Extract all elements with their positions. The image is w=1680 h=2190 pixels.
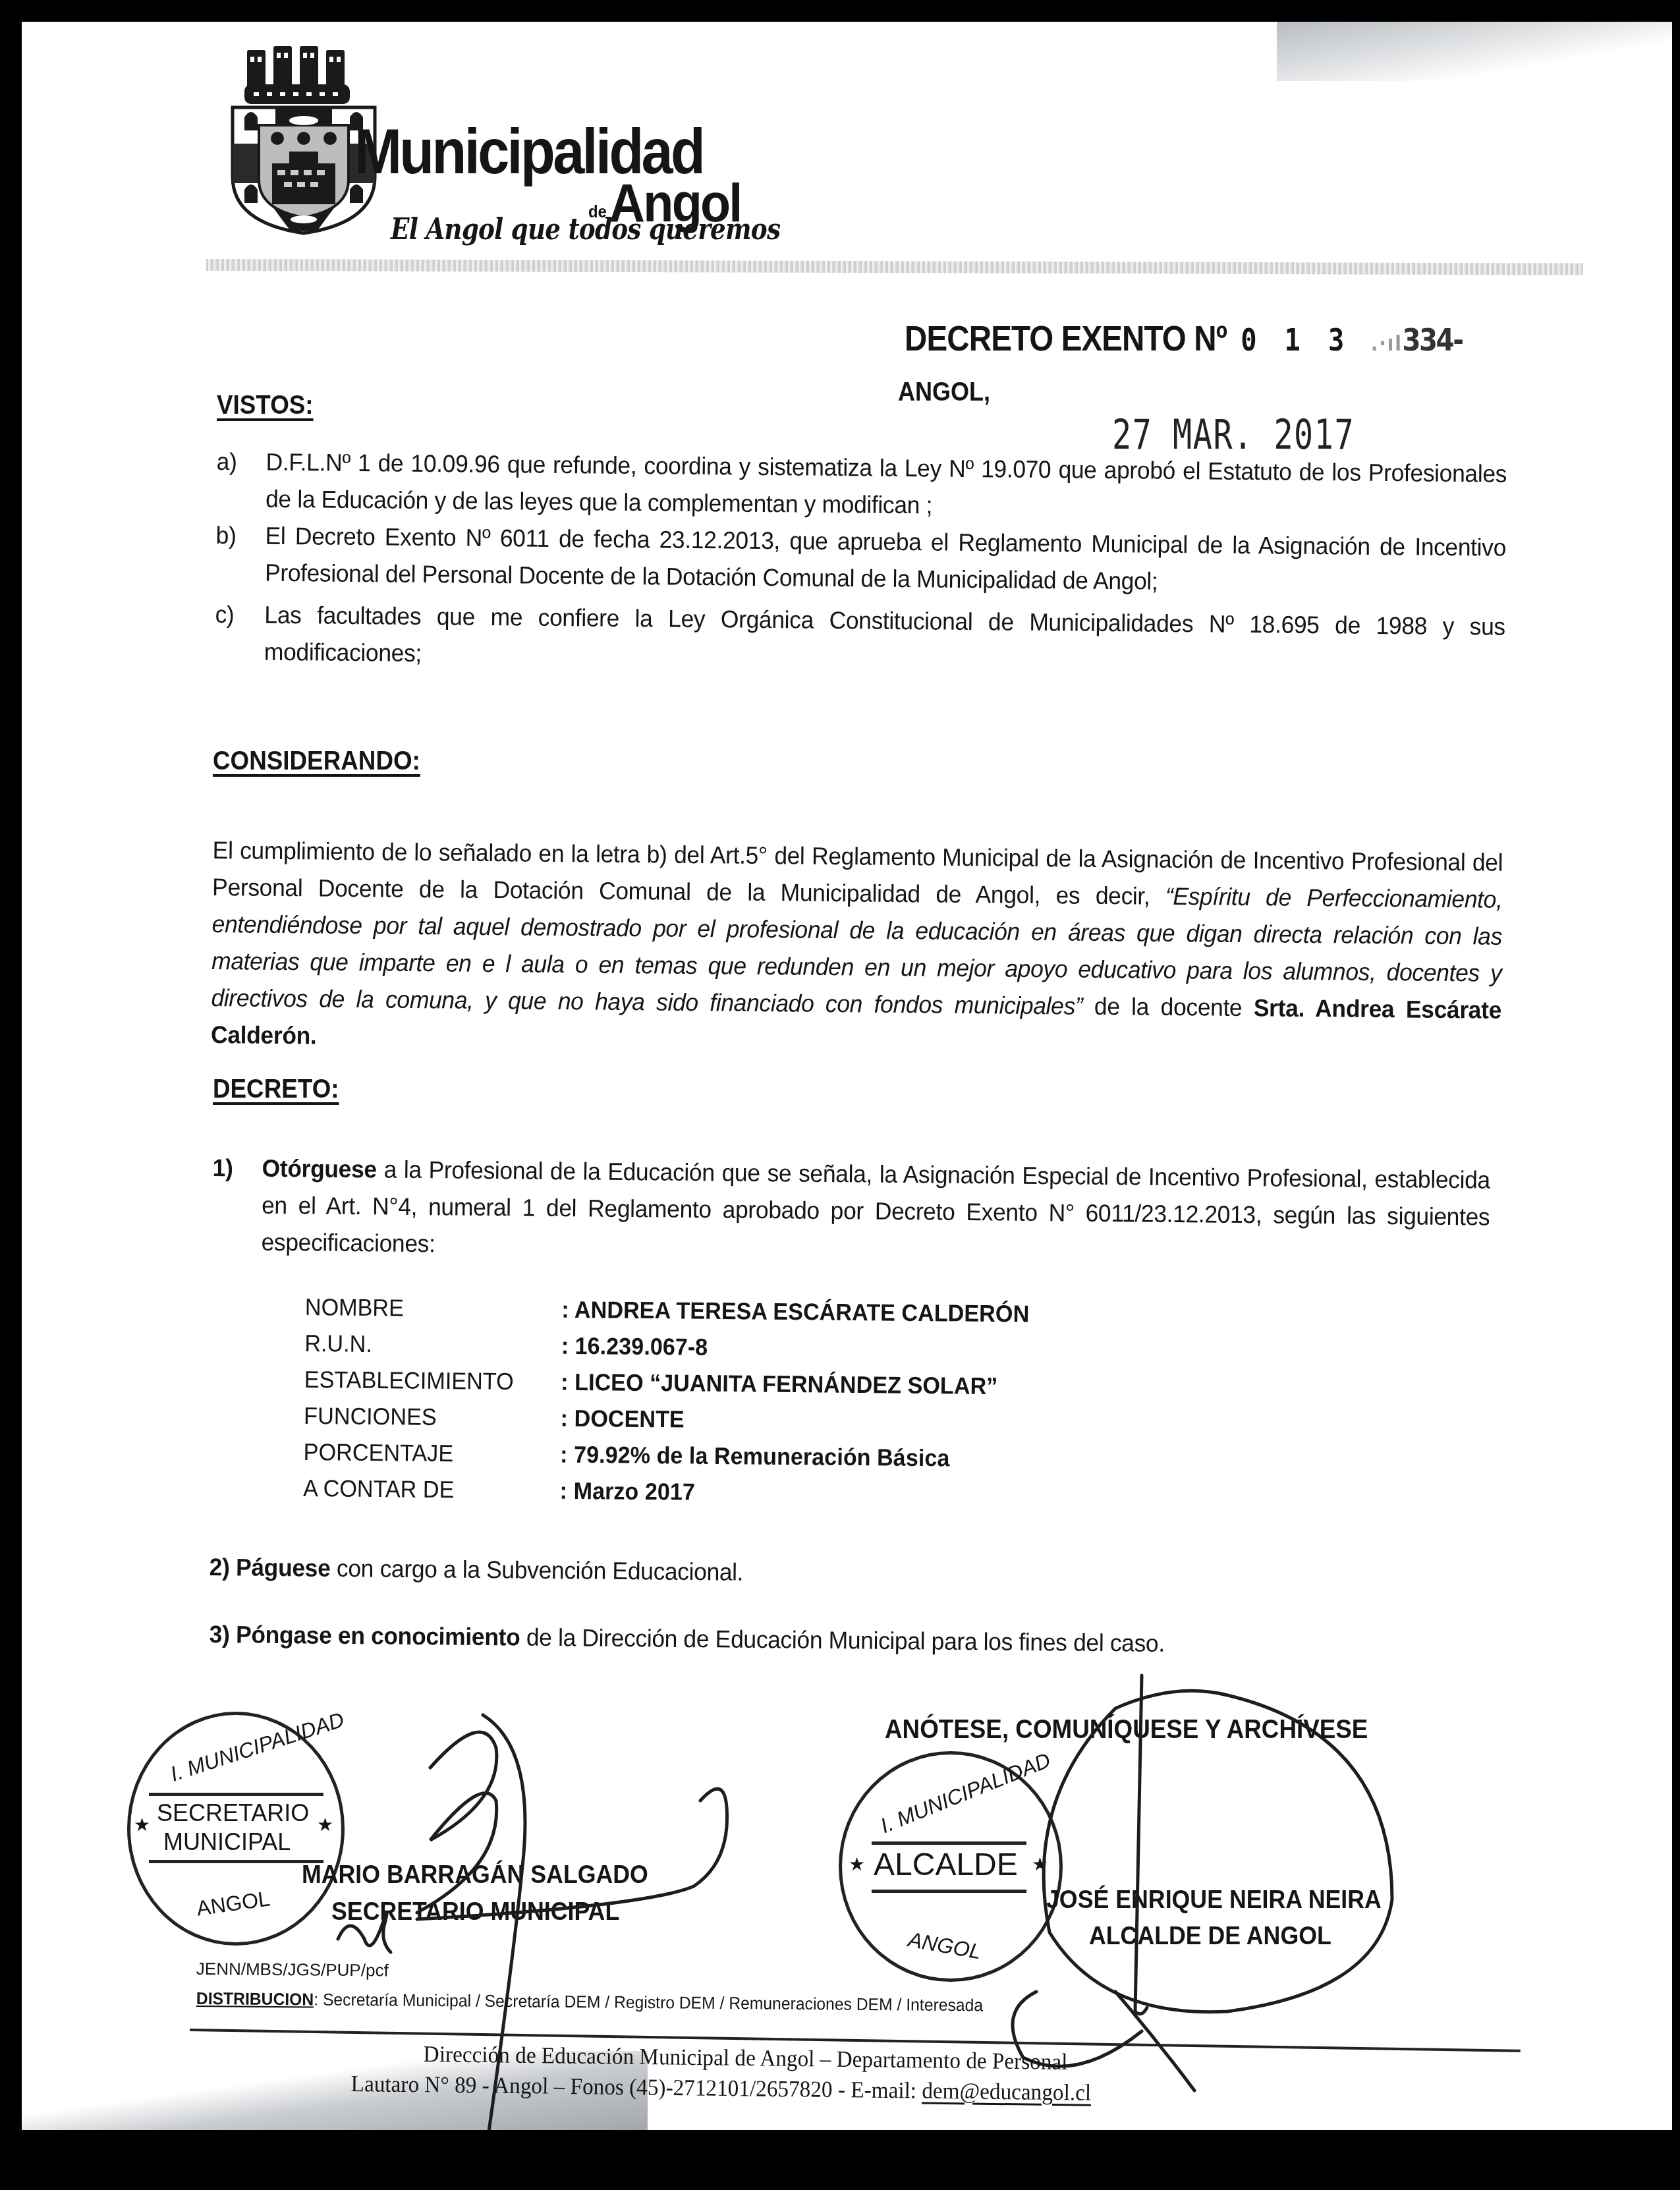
item-marker: 1) [211,1150,262,1261]
date-stamp: 27 MAR. 2017 [1112,410,1355,459]
considerando-suffix: de la docente [1082,993,1254,1021]
spec-label: R.U.N. [304,1330,561,1360]
footer-email-link[interactable]: dem@educangol.cl [922,2078,1091,2106]
spec-label: NOMBRE [305,1293,562,1324]
spec-label: A CONTAR DE [303,1474,560,1505]
decreto-item-3: 3) Póngase en conocimiento de la Direcci… [209,1616,1411,1665]
spec-label: FUNCIONES [304,1402,561,1432]
seal-bottom-text: ANGOL [907,1928,984,1965]
section-vistos-heading: VISTOS: [217,391,314,420]
slogan: El Angol que todos queremos [391,213,780,246]
seal-rule [149,1860,323,1863]
seal-center-text: ALCALDE [874,1847,1018,1883]
spec-value: : 16.239.067-8 [561,1332,708,1361]
place: ANGOL, [898,378,990,407]
distribution-label: DISTRIBUCION [196,1988,314,2009]
item-lead: Póngase en conocimiento [236,1621,520,1650]
seal-star-icon: ★ [849,1853,865,1875]
seal-star-icon: ★ [134,1814,150,1836]
closing-formula: ANÓTESE, COMUNÍQUESE Y ARCHÍVESE [885,1715,1368,1745]
header-divider [206,259,1583,275]
decree-overprint: .·ıl334- [1371,322,1462,358]
distribution-list: DISTRIBUCION: Secretaría Municipal / Sec… [196,1988,983,2015]
seal-star-icon: ★ [1032,1853,1048,1875]
item-marker: 3) [210,1621,230,1648]
item-text: El Decreto Exento Nº 6011 de fecha 23.12… [265,518,1507,604]
item-text: con cargo a la Subvención Educacional. [330,1555,743,1586]
vistos-item: a) D.F.L.Nº 1 de 10.09.96 que refunde, c… [216,443,1507,530]
spec-value: : DOCENTE [560,1405,684,1434]
item-text: a la Profesional de la Educación que se … [261,1156,1490,1257]
vistos-item: c) Las facultades que me confiere la Ley… [215,596,1505,683]
spec-value: : 79.92% de la Remuneración Básica [560,1441,950,1473]
secretary-seal: I. MUNICIPALIDAD SECRETARIO ★ ★ MUNICIPA… [127,1712,345,1946]
seal-center-text: SECRETARIO [157,1799,309,1827]
vistos-list: a) D.F.L.Nº 1 de 10.09.96 que refunde, c… [215,443,1507,683]
item-marker: b) [215,517,266,592]
section-decreto-heading: DECRETO: [213,1075,339,1104]
mayor-seal: I. MUNICIPALIDAD ★ ALCALDE ★ ANGOL [839,1751,1063,1982]
decree-stamped-number: 0 1 3 [1241,322,1350,358]
smudge-mark: .·ıl [1371,331,1403,356]
scan-shadow [1277,22,1672,81]
distribution-recipients: : Secretaría Municipal / Secretaría DEM … [314,1990,983,2015]
item-marker: c) [215,596,265,671]
seal-bottom-text: ANGOL [195,1886,271,1921]
seal-center-text: MUNICIPAL [163,1828,291,1856]
specification-table: NOMBRE: ANDREA TERESA ESCÁRATE CALDERÓN … [303,1293,1030,1518]
considerando-paragraph: El cumplimiento de lo señalado en la let… [211,832,1503,1066]
item-lead: Otórguese [262,1155,377,1183]
seal-rule [149,1793,323,1796]
spec-value: : ANDREA TERESA ESCÁRATE CALDERÓN [561,1296,1029,1328]
seal-top-text: I. MUNICIPALIDAD [877,1748,1054,1838]
decreto-item-2: 2) Páguese con cargo a la Subvención Edu… [209,1549,1411,1598]
item-text: de la Dirección de Educación Municipal p… [520,1624,1165,1657]
item-text: Las facultades que me confiere la Ley Or… [264,597,1506,683]
section-considerando-heading: CONSIDERANDO: [213,746,420,776]
item-lead: Páguese [236,1554,331,1581]
overprinted-number: 334- [1403,322,1463,358]
item-marker: 2) [210,1554,230,1581]
vistos-item: b) El Decreto Exento Nº 6011 de fecha 23… [215,517,1506,604]
item-text: D.F.L.Nº 1 de 10.09.96 que refunde, coor… [266,444,1507,530]
decreto-item: 1) Otórguese a la Profesional de la Educ… [211,1150,1490,1273]
seal-rule [872,1890,1026,1893]
spec-value: : LICEO “JUANITA FERNÁNDEZ SOLAR” [561,1368,997,1400]
seal-top-text: I. MUNICIPALIDAD [167,1707,347,1786]
decreto-item-1: 1) Otórguese a la Profesional de la Educ… [211,1150,1490,1273]
mayor-title: ALCALDE DE ANGOL [1089,1923,1331,1951]
spec-label: PORCENTAJE [303,1438,560,1469]
initials: JENN/MBS/JGS/PUP/pcf [196,1959,389,1981]
spec-value: : Marzo 2017 [559,1477,695,1506]
decree-title: DECRETO EXENTO Nº [905,319,1227,358]
seal-rule [872,1841,1026,1845]
secretary-title: SECRETARIO MUNICIPAL [331,1898,619,1926]
secretary-name: MARIO BARRAGÁN SALGADO [302,1861,648,1890]
seal-star-icon: ★ [317,1814,333,1836]
scanned-page: Municipalidad deAngol El Angol que todos… [22,22,1672,2130]
decree-number: DECRETO EXENTO Nº 0 1 3 .·ıl334- [905,318,1462,359]
item-marker: a) [216,443,266,518]
spec-row: A CONTAR DE: Marzo 2017 [303,1474,1028,1518]
mayor-name: JOSÉ ENRIQUE NEIRA NEIRA [1046,1886,1382,1915]
spec-label: ESTABLECIMIENTO [304,1366,561,1396]
